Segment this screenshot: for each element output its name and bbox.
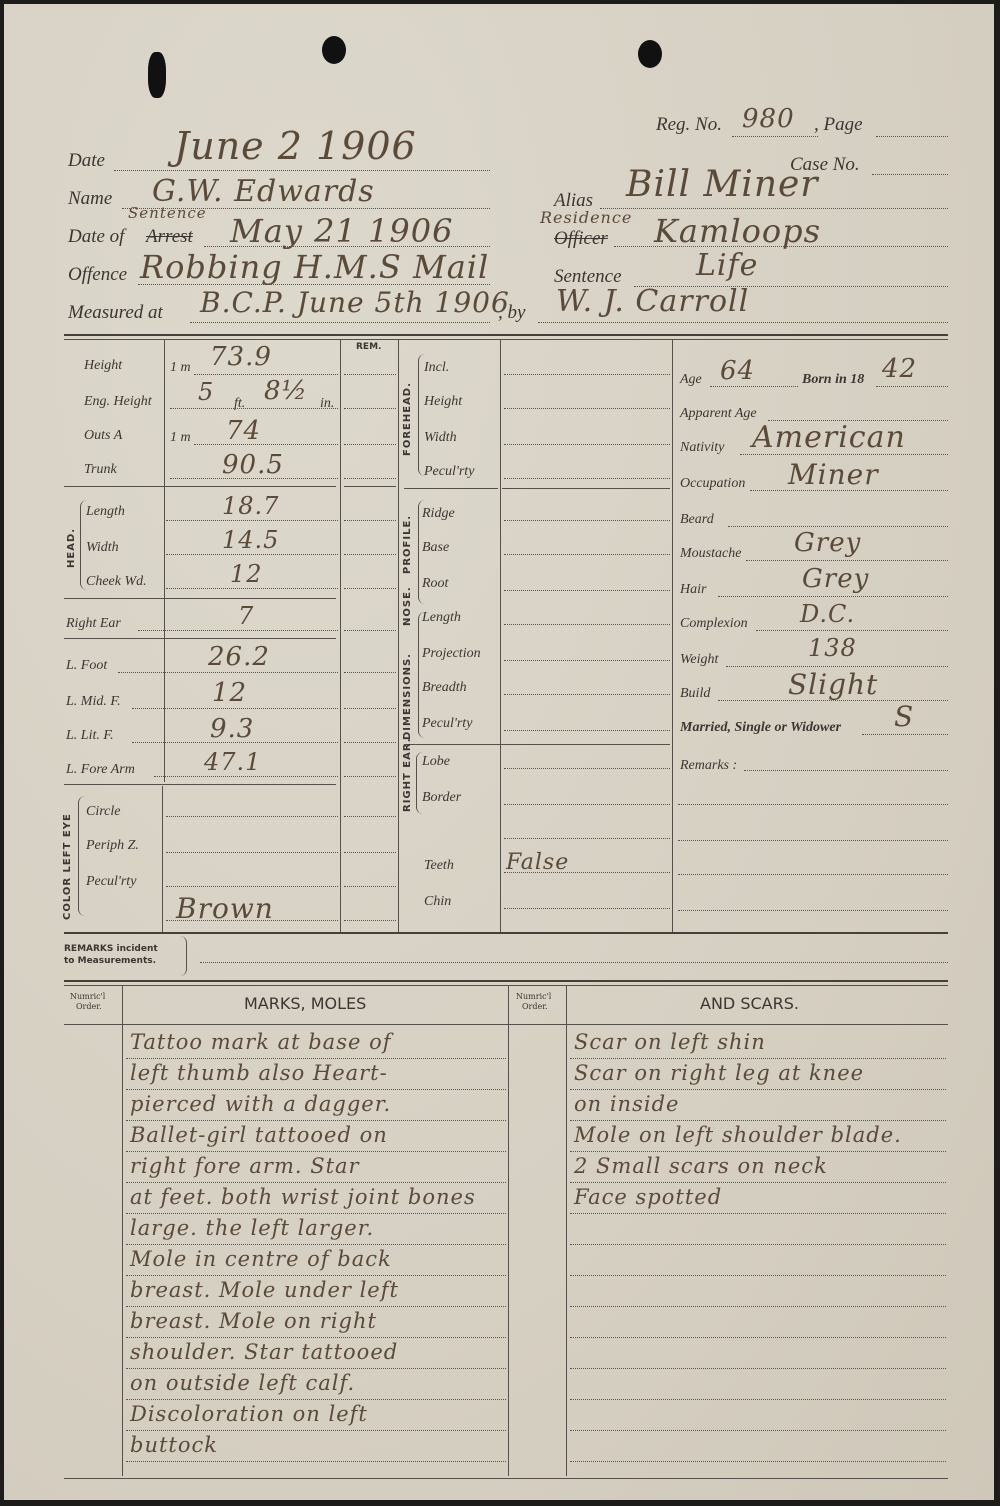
mark-rule [126,1368,506,1369]
build-label: Build [680,686,710,702]
alias-value: Bill Miner [626,164,819,205]
mark-line: right fore arm. Star [130,1154,360,1178]
l-lit-f-rem-line [344,742,396,743]
forehead-width: Width [424,430,457,446]
eye-peculiarity-rem-line [344,886,396,887]
measured-at-label: Measured at [68,302,163,324]
remarks-line-3 [678,840,948,841]
eng-height-ft-unit: ft. [234,396,245,412]
remarks-line-4 [678,874,948,875]
right-ear-lobe: Lobe [422,754,450,770]
forehead-incl: Incl. [424,360,449,376]
beard-label: Beard [680,512,714,528]
scar-rule [570,1399,946,1400]
case-no-line [872,174,948,175]
scar-line: on inside [574,1092,679,1116]
head-length-rem-line [344,520,396,521]
eye-peculiarity-label: Pecul'rty [86,874,136,890]
date-of-arrest-struck: Arrest [146,226,193,248]
forehead-height: Height [424,394,462,410]
nativity-value: American [752,420,906,455]
date-line [114,170,490,171]
scar-rule [570,1244,946,1245]
marital-label: Married, Single or Widower [680,720,841,736]
scar-line: Mole on left shoulder blade. [574,1123,902,1147]
mark-rule [126,1151,506,1152]
eng-height-line [170,408,338,409]
moustache-label: Moustache [680,546,741,562]
l-foot-value: 26.2 [208,642,270,672]
marks-bottom [64,1478,948,1479]
mark-rule [126,1399,506,1400]
profile-base-line [504,554,670,555]
remarks-line-5 [678,910,948,911]
eye-color-line [166,920,338,921]
numeric-order-label-left-2: Order. [76,1002,102,1011]
numeric-order-label-left-1: Numric'l [70,992,105,1001]
head-length-line [166,520,338,521]
offence-label: Offence [68,264,127,286]
officer-struck: Officer [554,228,608,250]
mark-rule [126,1089,506,1090]
trunk-value: 90.5 [222,450,284,480]
grid-col-1 [164,340,165,782]
mark-rule [126,1244,506,1245]
punch-hole [322,36,346,64]
profile-root-line [504,590,670,591]
remarks-line [744,770,948,771]
scar-rule [570,1058,946,1059]
outs-a-value: 74 [226,416,261,446]
page-line [876,136,948,137]
grid-col-4 [500,340,501,932]
mark-line: breast. Mole under left [130,1278,399,1302]
mark-rule [126,1275,506,1276]
dimensions-length: Length [422,610,461,626]
remarks-incident-bottom-2 [64,985,948,986]
head-length-label: Length [86,504,125,520]
punch-hole [148,52,166,98]
marital-value: S [894,700,914,733]
offence-value: Robbing H.M.S Mail [140,248,489,286]
remarks-label: Remarks : [680,758,737,774]
l-mid-f-label: L. Mid. F. [66,694,121,710]
right-ear-value: 7 [238,602,254,630]
eye-color-rem-line [344,920,396,921]
moustache-value: Grey [794,528,861,558]
marks-col-3 [566,986,567,1476]
scar-line: 2 Small scars on neck [574,1154,828,1178]
l-foot-line [118,672,338,673]
features-divider [404,744,670,745]
forehead-peculiarity: Pecul'rty [424,464,474,480]
scar-rule [570,1368,946,1369]
mark-line: buttock [130,1433,218,1457]
reg-no-label: Reg. No. [656,114,722,136]
mark-rule [126,1337,506,1338]
sentence-line [634,286,948,287]
beard-line [728,526,948,527]
head-width-rem-line [344,554,396,555]
eng-height-ft-value: 5 [198,378,214,406]
features-blank-line [504,838,670,839]
scar-line: Scar on right leg at knee [574,1061,864,1085]
mark-line: left thumb also Heart- [130,1061,388,1085]
punch-hole [638,40,662,68]
weight-line [726,666,948,667]
dimensions-peculiarity-line [504,730,670,731]
cheek-wd-rem-line [344,588,396,589]
marks-moles-header: MARKS, MOLES [244,994,366,1013]
scar-rule [570,1275,946,1276]
l-mid-f-rem-line [344,708,396,709]
l-mid-f-line [132,708,338,709]
dimensions-breadth: Breadth [422,680,467,696]
sentence-value: Life [696,248,758,283]
height-value: 73.9 [210,342,272,372]
numeric-order-label-right-2: Order. [522,1002,548,1011]
occupation-label: Occupation [680,476,745,492]
scar-rule [570,1089,946,1090]
eng-height-in-unit: in. [320,396,334,412]
height-unit: 1 m [170,360,191,376]
cheek-wd-value: 12 [230,560,263,588]
l-foot-label: L. Foot [66,658,107,674]
remarks-incident-label-2: to Measurements. [64,956,156,966]
right-ear-group-label: RIGHT EAR. [402,737,413,812]
scar-line: Scar on left shin [574,1030,766,1054]
measured-at-value: B.C.P. June 5th 1906 [200,286,510,319]
mark-line: Discoloration on left [130,1402,368,1426]
outs-a-rem-line [344,444,396,445]
scar-rule [570,1337,946,1338]
alias-line [600,208,948,209]
date-of-sentence-inserted: Sentence [128,204,207,222]
weight-label: Weight [680,652,718,668]
profile-root: Root [422,576,448,592]
date-of-value: May 21 1906 [230,212,453,250]
apparent-age-label: Apparent Age [680,406,757,422]
right-ear-border-line [504,804,670,805]
chin-label: Chin [424,894,451,910]
dimensions-group-label: DIMENSIONS. [402,653,413,740]
mark-line: shoulder. Star tattooed [130,1340,398,1364]
profile-base: Base [422,540,449,556]
eye-col-divider [162,786,163,932]
head-width-value: 14.5 [222,526,279,554]
head-width-label: Width [86,540,119,556]
mark-line: breast. Mole on right [130,1309,377,1333]
header-divider [64,334,948,336]
l-lit-f-label: L. Lit. F. [66,728,114,744]
eng-height-in-value: 8½ [264,376,308,406]
profile-ridge: Ridge [422,506,455,522]
eye-peculiarity-line [166,886,338,887]
residence-value: Kamloops [654,212,821,250]
grid-row-divider [64,598,336,599]
right-ear-line [138,630,338,631]
scar-rule [570,1120,946,1121]
remarks-line-2 [678,804,948,805]
reg-no-value: 980 [742,104,795,134]
height-label: Height [84,358,122,374]
l-fore-arm-value: 47.1 [204,748,261,776]
complexion-label: Complexion [680,616,748,632]
rem-header: REM. [356,342,381,352]
mark-line: Mole in centre of back [130,1247,392,1271]
grid-row-divider [64,486,336,487]
date-value: June 2 1906 [174,124,417,168]
right-ear-label: Right Ear [66,616,121,632]
remarks-incident-bottom [64,980,948,982]
l-fore-arm-label: L. Fore Arm [66,762,135,778]
cheek-wd-line [166,588,338,589]
sentence-label: Sentence [554,266,622,288]
grid-col-2 [340,340,341,932]
head-width-line [166,554,338,555]
marital-line [862,734,948,735]
date-label: Date [68,150,105,172]
mark-rule [126,1461,506,1462]
forehead-width-line [504,444,670,445]
numeric-order-label-right-1: Numric'l [516,992,551,1001]
born-value: 42 [882,354,917,384]
scar-rule [570,1182,946,1183]
page-label: , Page [814,114,863,136]
reg-no-line [732,136,818,137]
chin-line [504,908,670,909]
by-label: , by [498,302,525,324]
complexion-value: D.C. [800,600,855,628]
born-line [876,386,948,387]
head-length-value: 18.7 [222,492,279,520]
l-lit-f-value: 9.3 [210,714,254,744]
and-scars-header: AND SCARS. [700,994,799,1013]
eye-circle-line [166,816,338,817]
mark-rule [126,1306,506,1307]
header-divider-2 [64,339,948,340]
scar-line: Face spotted [574,1185,722,1209]
mark-line: Ballet-girl tattooed on [130,1123,388,1147]
bertillon-record-card: Reg. No. 980 , Page Case No. Date June 2… [4,4,994,1500]
mark-line: Tattoo mark at base of [130,1030,392,1054]
forehead-group-label: FOREHEAD. [402,382,413,456]
age-value: 64 [720,356,755,386]
complexion-line [756,630,948,631]
mark-line: large. the left larger. [130,1216,374,1240]
grid-col-3 [398,340,399,932]
residence-inserted: Residence [540,208,632,227]
scar-rule [570,1213,946,1214]
height-line [194,374,338,375]
scar-rule [570,1461,946,1462]
forehead-height-line [504,408,670,409]
age-label: Age [680,372,702,388]
outs-a-unit: 1 m [170,430,191,446]
outs-a-label: Outs A [84,428,122,444]
name-label: Name [68,188,112,210]
l-mid-f-value: 12 [212,678,247,708]
dimensions-breadth-line [504,694,670,695]
measured-at-line [190,322,490,323]
age-line [710,386,798,387]
nose-group-label: NOSE. [402,586,413,626]
cheek-wd-label: Cheek Wd. [86,574,147,590]
hair-line [718,596,948,597]
build-value: Slight [788,668,878,701]
mark-line: pierced with a dagger. [130,1092,391,1116]
dimensions-peculiarity: Pecul'rty [422,716,472,732]
profile-group-label: PROFILE. [402,515,413,574]
moustache-line [746,560,948,561]
by-line [538,322,948,323]
dimensions-projection-line [504,660,670,661]
scar-rule [570,1430,946,1431]
eng-height-label: Eng. Height [84,394,152,410]
mark-rule [126,1213,506,1214]
remarks-incident-line [200,962,948,963]
right-ear-rem-line [344,630,396,631]
mark-rule [126,1182,506,1183]
grid-row-divider [344,486,396,487]
head-group-label: HEAD. [66,528,77,568]
remarks-incident-label-1: REMARKS incident [64,944,158,954]
trunk-label: Trunk [84,462,117,478]
l-fore-arm-rem-line [344,776,396,777]
l-fore-arm-line [154,776,338,777]
teeth-label: Teeth [424,858,454,874]
height-rem-line [344,374,396,375]
grid-col-5 [672,340,673,932]
right-ear-border: Border [422,790,461,806]
hair-label: Hair [680,582,706,598]
outs-a-line [194,444,338,445]
l-foot-rem-line [344,672,396,673]
forehead-peculiarity-line [504,478,670,479]
eye-periph-label: Periph Z. [86,838,139,854]
features-divider [404,488,498,489]
mark-rule [126,1058,506,1059]
occupation-value: Miner [788,458,879,491]
eye-circle-rem-line [344,816,396,817]
scar-rule [570,1151,946,1152]
scar-rule [570,1306,946,1307]
eng-height-rem-line [344,408,396,409]
right-ear-lobe-line [504,768,670,769]
mark-line: at feet. both wrist joint bones [130,1185,476,1209]
born-label: Born in 18 [802,372,864,388]
hair-value: Grey [802,564,869,594]
dimensions-length-line [504,624,670,625]
profile-ridge-line [504,520,670,521]
remarks-incident-brace [180,936,187,976]
remarks-incident-top [64,932,948,934]
marks-col-1 [122,986,123,1476]
marks-col-2 [508,986,509,1476]
dimensions-projection: Projection [422,646,481,662]
eye-brace [78,796,85,916]
forehead-incl-line [504,374,670,375]
nativity-label: Nativity [680,440,724,456]
date-of-label: Date of [68,226,124,248]
teeth-value: False [506,850,569,875]
mark-rule [126,1120,506,1121]
mark-rule [126,1430,506,1431]
trunk-rem-line [344,478,396,479]
eye-group-label: COLOR LEFT EYE [62,813,73,920]
grid-row-divider [64,638,336,639]
features-divider [502,488,670,489]
eye-periph-rem-line [344,852,396,853]
eye-periph-line [166,852,338,853]
eye-circle-label: Circle [86,804,120,820]
weight-value: 138 [808,634,857,662]
marks-header-divider [64,1024,948,1025]
by-value: W. J. Carroll [556,284,749,319]
grid-row-divider [64,784,336,785]
mark-line: on outside left calf. [130,1371,355,1395]
